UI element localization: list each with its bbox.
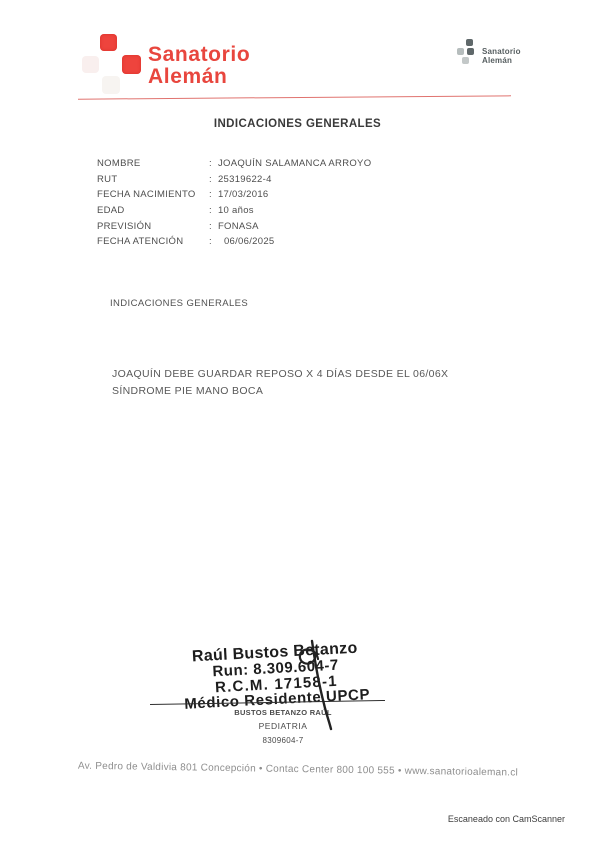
scanned-document-page: Sanatorio Alemán Sanatorio Alemán INDICA… bbox=[0, 0, 595, 842]
brand-name-small-line2: Alemán bbox=[482, 56, 521, 65]
info-label: NOMBRE bbox=[97, 158, 209, 169]
info-value: JOAQUÍN SALAMANCA ARROYO bbox=[218, 158, 371, 169]
info-colon: : bbox=[209, 221, 212, 232]
info-value: FONASA bbox=[218, 221, 259, 232]
info-colon: : bbox=[209, 189, 212, 200]
info-row-fecha-atencion: FECHA ATENCIÓN : 06/06/2025 bbox=[97, 234, 371, 250]
doctor-run: 8309604-7 bbox=[193, 734, 373, 748]
info-row-edad: EDAD : 10 años bbox=[97, 203, 371, 219]
indications-text: JOAQUÍN DEBE GUARDAR REPOSO X 4 DÍAS DES… bbox=[112, 366, 506, 399]
logo-square-icon bbox=[466, 39, 473, 46]
section-heading: INDICACIONES GENERALES bbox=[110, 298, 248, 309]
info-colon: : bbox=[209, 158, 212, 169]
camscanner-label: Escaneado con CamScanner bbox=[448, 814, 565, 824]
clinic-logo-small: Sanatorio Alemán bbox=[452, 36, 572, 68]
doctor-printed-info: BUSTOS BETANZO RAÚL PEDIATRIA 8309604-7 bbox=[193, 706, 373, 748]
info-label: RUT bbox=[97, 174, 209, 185]
logo-square-ghost-icon bbox=[102, 76, 120, 94]
info-value: 25319622-4 bbox=[218, 174, 272, 185]
info-row-rut: RUT : 25319622-4 bbox=[97, 172, 371, 188]
doctor-specialty: PEDIATRIA bbox=[193, 719, 373, 734]
info-label: FECHA ATENCIÓN bbox=[97, 236, 209, 247]
header-divider bbox=[78, 95, 511, 99]
clinic-logo: Sanatorio Alemán bbox=[80, 30, 340, 94]
info-label: PREVISIÓN bbox=[97, 221, 209, 232]
logo-square-icon bbox=[122, 55, 141, 74]
info-row-fecha-nacimiento: FECHA NACIMIENTO : 17/03/2016 bbox=[97, 187, 371, 203]
brand-name-small-line1: Sanatorio bbox=[482, 47, 521, 56]
info-row-nombre: NOMBRE : JOAQUÍN SALAMANCA ARROYO bbox=[97, 156, 371, 172]
info-colon: : bbox=[209, 205, 212, 216]
brand-name: Sanatorio Alemán bbox=[148, 44, 250, 88]
doctor-printed-name: BUSTOS BETANZO RAÚL bbox=[193, 706, 373, 719]
info-label: FECHA NACIMIENTO bbox=[97, 189, 209, 200]
info-label: EDAD bbox=[97, 205, 209, 216]
info-row-prevision: PREVISIÓN : FONASA bbox=[97, 218, 371, 234]
info-value: 10 años bbox=[218, 205, 254, 216]
logo-square-ghost-icon bbox=[82, 56, 99, 73]
logo-square-icon bbox=[467, 48, 474, 55]
brand-name-line2: Alemán bbox=[148, 66, 250, 88]
logo-square-icon bbox=[100, 34, 117, 51]
brand-name-line1: Sanatorio bbox=[148, 44, 250, 66]
logo-square-icon bbox=[462, 57, 469, 64]
info-colon: : bbox=[209, 174, 212, 185]
logo-square-icon bbox=[457, 48, 464, 55]
document-title: INDICACIONES GENERALES bbox=[0, 118, 595, 130]
footer-contact: Av. Pedro de Valdivia 801 Concepción • C… bbox=[38, 760, 558, 779]
brand-name-small: Sanatorio Alemán bbox=[482, 47, 521, 65]
info-value: 17/03/2016 bbox=[218, 189, 269, 200]
patient-info: NOMBRE : JOAQUÍN SALAMANCA ARROYO RUT : … bbox=[97, 156, 371, 250]
info-colon: : bbox=[209, 236, 212, 247]
info-value: 06/06/2025 bbox=[218, 236, 275, 247]
